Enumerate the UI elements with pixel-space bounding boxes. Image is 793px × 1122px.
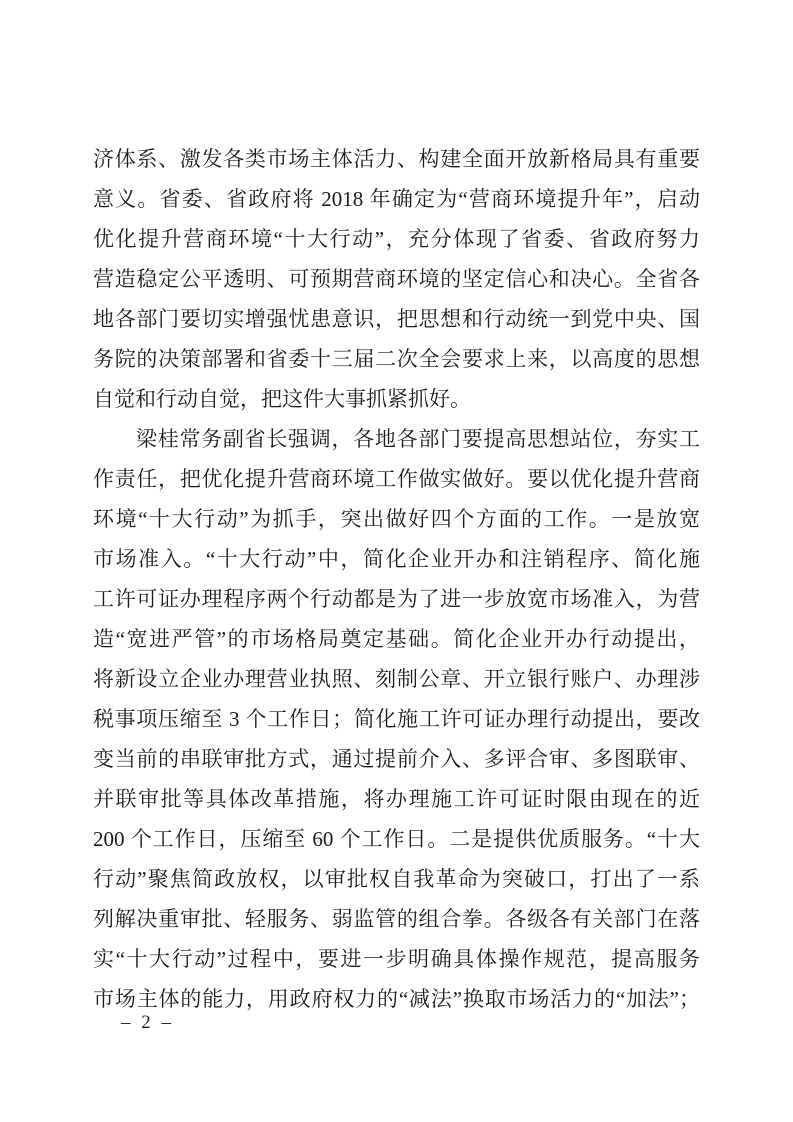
text-line: 梁桂常务副省长强调，各地各部门要提高思想站位，夯实工 (93, 419, 700, 459)
text-line: 市场准入。“十大行动”中，简化企业开办和注销程序、简化施 (93, 539, 700, 579)
document-page: 济体系、激发各类市场主体活力、构建全面开放新格局具有重要 意义。省委、省政府将 … (0, 0, 793, 1122)
text-line: 作责任，把优化提升营商环境工作做实做好。要以优化提升营商 (93, 459, 700, 499)
text-line: 务院的决策部署和省委十三届二次全会要求上来，以高度的思想 (93, 339, 700, 379)
text-line: 实“十大行动”过程中，要进一步明确具体操作规范，提高服务 (93, 939, 700, 979)
paragraph-1: 济体系、激发各类市场主体活力、构建全面开放新格局具有重要 意义。省委、省政府将 … (93, 139, 700, 419)
paragraph-2: 梁桂常务副省长强调，各地各部门要提高思想站位，夯实工 作责任，把优化提升营商环境… (93, 419, 700, 1019)
text-line: 将新设立企业办理营业执照、刻制公章、开立银行账户、办理涉 (93, 659, 700, 699)
text-line: 营造稳定公平透明、可预期营商环境的坚定信心和决心。全省各 (93, 259, 700, 299)
text-block: 济体系、激发各类市场主体活力、构建全面开放新格局具有重要 意义。省委、省政府将 … (93, 139, 700, 1019)
text-line: 意义。省委、省政府将 2018 年确定为“营商环境提升年”，启动 (93, 179, 700, 219)
text-line: 工许可证办理程序两个行动都是为了进一步放宽市场准入，为营 (93, 579, 700, 619)
text-line: 市场主体的能力，用政府权力的“减法”换取市场活力的“加法”； (93, 979, 700, 1019)
text-line: 造“宽进严管”的市场格局奠定基础。简化企业开办行动提出， (93, 619, 700, 659)
page-number: – 2 – (121, 1011, 174, 1035)
text-line: 税事项压缩至 3 个工作日；简化施工许可证办理行动提出，要改 (93, 699, 700, 739)
text-line: 环境“十大行动”为抓手，突出做好四个方面的工作。一是放宽 (93, 499, 700, 539)
text-line: 200 个工作日，压缩至 60 个工作日。二是提供优质服务。“十大 (93, 819, 700, 859)
text-line: 变当前的串联审批方式，通过提前介入、多评合审、多图联审、 (93, 739, 700, 779)
text-line: 济体系、激发各类市场主体活力、构建全面开放新格局具有重要 (93, 139, 700, 179)
text-line: 自觉和行动自觉，把这件大事抓紧抓好。 (93, 379, 700, 419)
text-line: 行动”聚焦简政放权，以审批权自我革命为突破口，打出了一系 (93, 859, 700, 899)
text-line: 地各部门要切实增强忧患意识，把思想和行动统一到党中央、国 (93, 299, 700, 339)
text-line: 并联审批等具体改革措施，将办理施工许可证时限由现在的近 (93, 779, 700, 819)
text-line: 列解决重审批、轻服务、弱监管的组合拳。各级各有关部门在落 (93, 899, 700, 939)
text-line: 优化提升营商环境“十大行动”，充分体现了省委、省政府努力 (93, 219, 700, 259)
